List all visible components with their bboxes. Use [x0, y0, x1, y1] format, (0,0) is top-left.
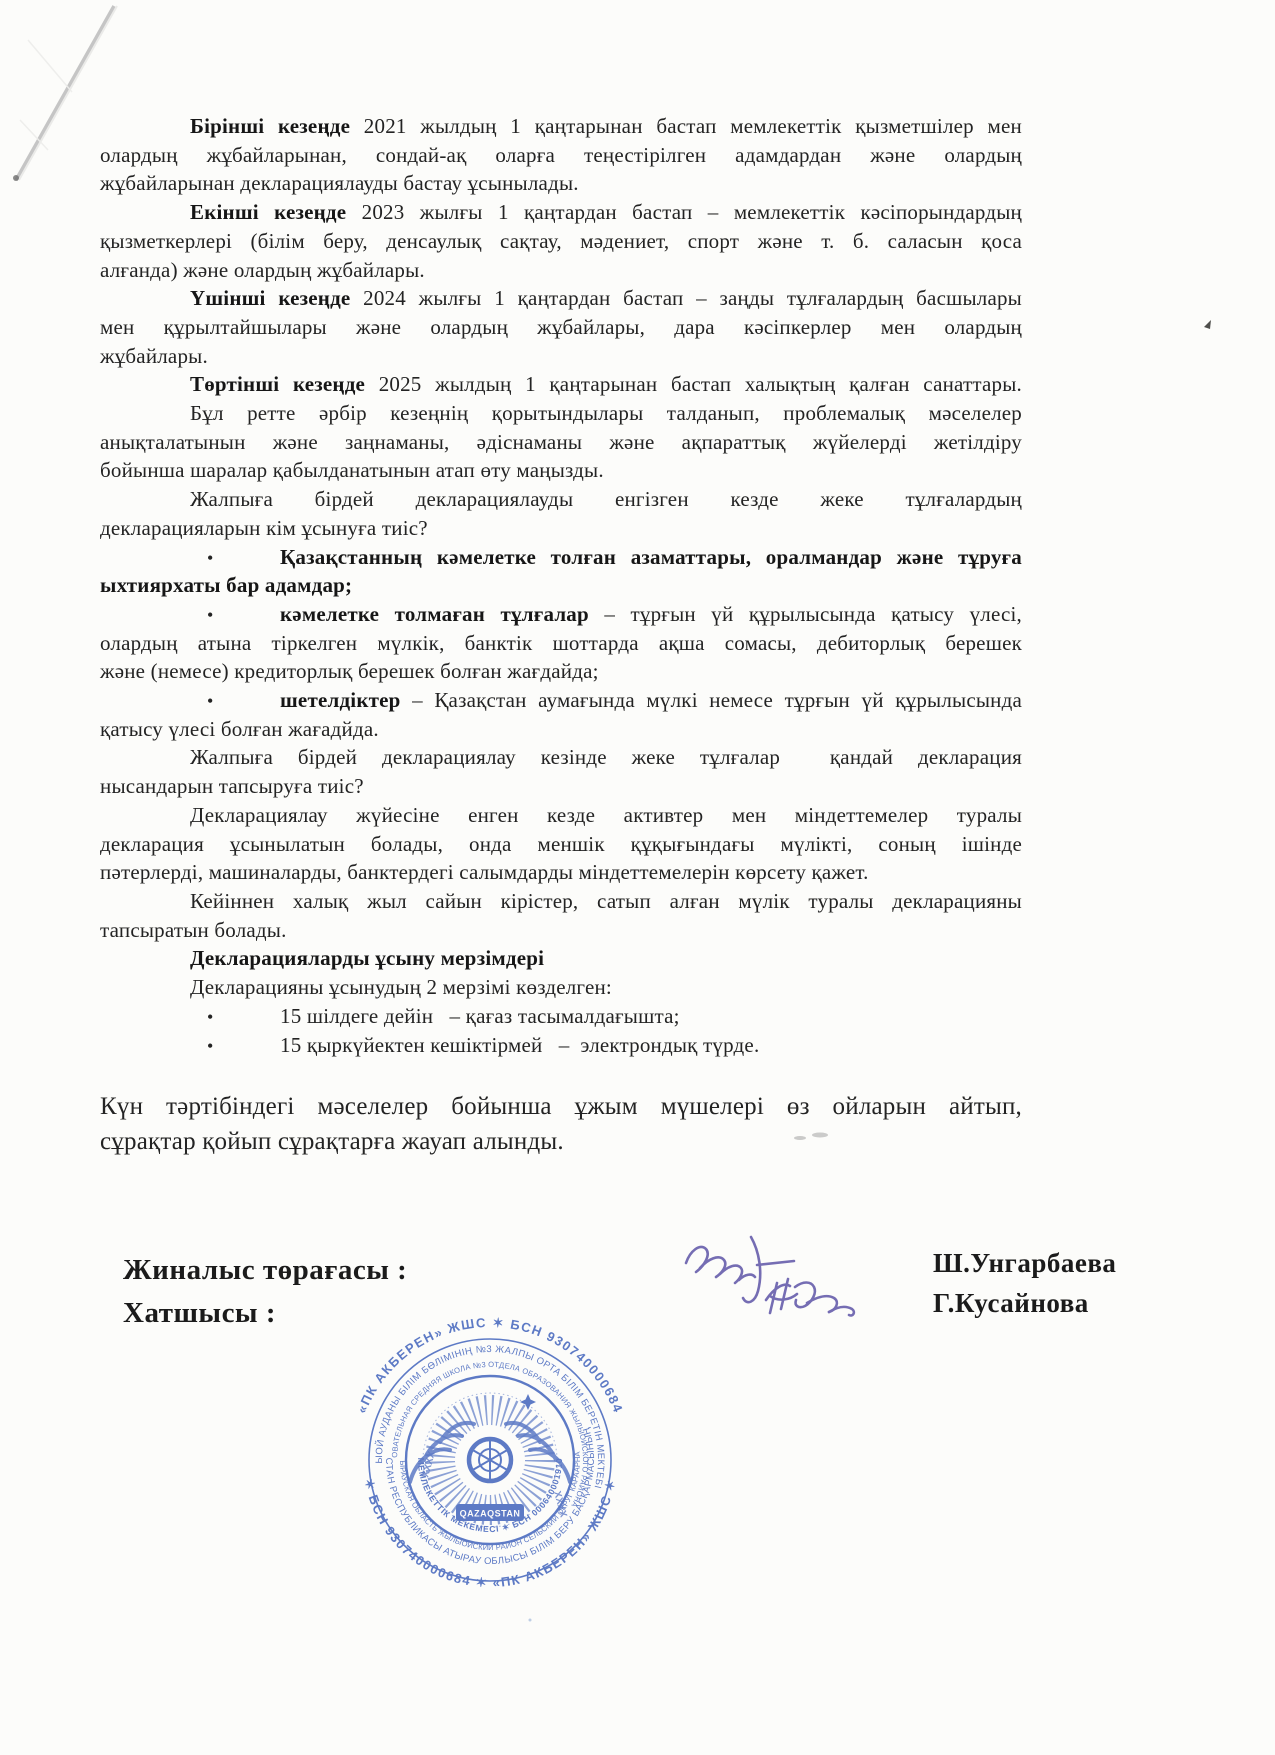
paper-scratch: [20, 40, 72, 150]
bold-text-segment: Декларацияларды ұсыну мерзімдері: [190, 946, 544, 970]
shanyrak-uyk-poles: [473, 1440, 508, 1480]
secretary-name: Г.Кусайнова: [933, 1283, 1116, 1323]
text-line: алғанда) және олардың жұбайлары.: [100, 256, 1022, 285]
text-segment: нысандарын тапсыруға тиіс?: [100, 774, 364, 798]
text-segment: мен құрылтайшылары және олардың жұбайлар…: [100, 315, 1022, 339]
fold-crease-tip: [13, 175, 19, 181]
text-line: Декларацияларды ұсыну мерзімдері: [100, 944, 1022, 973]
bullet-line: •15 шілдеге дейін – қағаз тасымалдағышта…: [100, 1002, 1022, 1031]
text-segment: 2024 жылғы 1 қаңтардан бастап – заңды тұ…: [350, 286, 1022, 310]
bullet-icon: •: [207, 687, 214, 716]
text-segment: алғанда) және олардың жұбайлары.: [100, 258, 425, 282]
paper-speck: [1204, 320, 1211, 329]
text-segment: – Қазақстан аумағында мүлкі немесе тұрғы…: [401, 688, 1022, 712]
text-line: мен құрылтайшылары және олардың жұбайлар…: [100, 313, 1022, 342]
bold-text-segment: кәмелетке толмаған тұлғалар: [280, 602, 589, 626]
bullet-icon: •: [207, 1003, 214, 1032]
text-segment: анықталатынын және заңнаманы, әдіснаманы…: [100, 430, 1022, 454]
bullet-line: •шетелдіктер – Қазақстан аумағында мүлкі…: [100, 686, 1022, 715]
text-segment: 2023 жылғы 1 қаңтардан бастап – мемлекет…: [346, 200, 1022, 224]
banner-text: QAZAQSTAN: [460, 1509, 521, 1519]
text-segment: 15 қыркүйектен кешіктірмей – электрондық…: [280, 1033, 759, 1057]
text-segment: Кейіннен халық жыл сайын кірістер, сатып…: [190, 889, 1022, 913]
stamp-seal: «ПК АКБЕРЕН» ЖШС ✶ БСН 930740000684 ✶ БС…: [340, 1310, 640, 1610]
text-segment: Декларациялау жүйесіне енген кезде актив…: [190, 803, 1022, 827]
text-segment: декларацияларын кім ұсынуға тиіс?: [100, 516, 428, 540]
text-segment: олардың атына тіркелген мүлкік, банктік …: [100, 631, 1022, 655]
bold-text-segment: Бірінші кезеңде: [190, 114, 350, 138]
text-line: жұбайлары.: [100, 342, 1022, 371]
text-segment: Бұл ретте әрбір кезеңнің қорытындылары т…: [190, 401, 1022, 425]
text-segment: 2021 жылдың 1 қаңтарынан бастап мемлекет…: [350, 114, 1022, 138]
bullet-line: •15 қыркүйектен кешіктірмей – электронды…: [100, 1031, 1022, 1060]
scanned-document-page: Бірінші кезеңде 2021 жылдың 1 қаңтарынан…: [0, 0, 1275, 1755]
closing-paragraph: Күн тәртібіндегі мәселелер бойынша ұжым …: [100, 1090, 1022, 1159]
text-line: декларация ұсынылатын болады, онда менші…: [100, 830, 1022, 859]
text-segment: олардың жұбайларынан, сондай-ақ оларға т…: [100, 143, 1022, 167]
signature-names: Ш.Унгарбаева Г.Кусайнова: [933, 1243, 1116, 1323]
text-line: қызметкерлері (білім беру, денсаулық сақ…: [100, 227, 1022, 256]
bullet-line: •кәмелетке толмаған тұлғалар – тұрғын үй…: [100, 600, 1022, 629]
chairman-signature: [686, 1237, 794, 1302]
text-segment: тапсыратын болады.: [100, 918, 287, 942]
text-line: декларацияларын кім ұсынуға тиіс?: [100, 514, 1022, 543]
text-segment: – тұрғын үй құрылысында қатысу үлесі,: [589, 602, 1022, 626]
text-line: жұбайларынан декларациялауды бастау ұсын…: [100, 169, 1022, 198]
bold-text-segment: Төртінші кезеңде: [190, 372, 365, 396]
bold-text-segment: шетелдіктер: [280, 688, 401, 712]
text-segment: қатысу үлесі болған жағадйда.: [100, 717, 379, 741]
text-segment: және (немесе) кредиторлық берешек болған…: [100, 659, 599, 683]
text-line: Жалпыға бірдей декларациялауды енгізген …: [100, 485, 1022, 514]
bullet-icon: •: [207, 601, 214, 630]
bullet-icon: •: [207, 1032, 214, 1061]
text-segment: 2025 жылдың 1 қаңтарынан бастап халықтың…: [365, 372, 1022, 396]
text-segment: жұбайлары.: [100, 344, 208, 368]
text-line: анықталатынын және заңнаманы, әдіснаманы…: [100, 428, 1022, 457]
text-segment: Жалпыға бірдей декларациялау кезінде жек…: [190, 745, 1022, 769]
text-line: олардың атына тіркелген мүлкік, банктік …: [100, 629, 1022, 658]
text-line: олардың жұбайларынан, сондай-ақ оларға т…: [100, 141, 1022, 170]
bullet-line: •Қазақстанның кәмелетке толған азаматтар…: [100, 543, 1022, 572]
text-line: Күн тәртібіндегі мәселелер бойынша ұжым …: [100, 1090, 1022, 1125]
bullet-icon: •: [207, 544, 214, 573]
document-body: Бірінші кезеңде 2021 жылдың 1 қаңтарынан…: [100, 112, 1022, 1059]
text-line: Жалпыға бірдей декларациялау кезінде жек…: [100, 743, 1022, 772]
text-line: Екінші кезеңде 2023 жылғы 1 қаңтардан ба…: [100, 198, 1022, 227]
text-segment: Жалпыға бірдей декларациялауды енгізген …: [190, 487, 1022, 511]
text-segment: декларация ұсынылатын болады, онда менші…: [100, 832, 1022, 856]
text-segment: қызметкерлері (білім беру, денсаулық сақ…: [100, 229, 1022, 253]
text-segment: пәтерлерді, машиналарды, банктердегі сал…: [100, 860, 869, 884]
text-line: нысандарын тапсыруға тиіс?: [100, 772, 1022, 801]
text-line: Декларациялау жүйесіне енген кезде актив…: [100, 801, 1022, 830]
text-line: Үшінші кезеңде 2024 жылғы 1 қаңтардан ба…: [100, 284, 1022, 313]
text-segment: бойынша шаралар қабылданатынын атап өту …: [100, 458, 604, 482]
text-line: және (немесе) кредиторлық берешек болған…: [100, 657, 1022, 686]
text-segment: сұрақтар қойып сұрақтарға жауап алынды.: [100, 1128, 564, 1155]
paper-speck: [529, 1619, 532, 1622]
text-line: Бұл ретте әрбір кезеңнің қорытындылары т…: [100, 399, 1022, 428]
secretary-signature: [766, 1279, 854, 1315]
text-segment: Күн тәртібіндегі мәселелер бойынша ұжым …: [100, 1093, 1022, 1120]
chairman-label: Жиналыс төрағасы :: [123, 1249, 407, 1292]
text-line: қатысу үлесі болған жағадйда.: [100, 715, 1022, 744]
stamp-text-rings: «ПК АКБЕРЕН» ЖШС ✶ БСН 930740000684 ✶ БС…: [340, 1310, 626, 1590]
text-line: пәтерлерді, машиналарды, банктердегі сал…: [100, 858, 1022, 887]
bold-text-segment: Қазақстанның кәмелетке толған азаматтары…: [280, 545, 1022, 569]
text-line: Декларацияны ұсынудың 2 мерзімі көзделге…: [100, 973, 1022, 1002]
text-line: тапсыратын болады.: [100, 916, 1022, 945]
text-line: Төртінші кезеңде 2025 жылдың 1 қаңтарына…: [100, 370, 1022, 399]
bold-text-segment: Екінші кезеңде: [190, 200, 346, 224]
text-line: ыхтиярхаты бар адамдар;: [100, 571, 1022, 600]
text-line: бойынша шаралар қабылданатынын атап өту …: [100, 456, 1022, 485]
bold-text-segment: Үшінші кезеңде: [190, 286, 350, 310]
text-line: сұрақтар қойып сұрақтарға жауап алынды.: [100, 1125, 1022, 1160]
text-segment: Декларацияны ұсынудың 2 мерзімі көзделге…: [190, 975, 612, 999]
text-line: Бірінші кезеңде 2021 жылдың 1 қаңтарынан…: [100, 112, 1022, 141]
chairman-name: Ш.Унгарбаева: [933, 1243, 1116, 1283]
text-line: Кейіннен халық жыл сайын кірістер, сатып…: [100, 887, 1022, 916]
text-segment: жұбайларынан декларациялауды бастау ұсын…: [100, 171, 579, 195]
text-segment: 15 шілдеге дейін – қағаз тасымалдағышта;: [280, 1004, 680, 1028]
bold-text-segment: ыхтиярхаты бар адамдар;: [100, 573, 352, 597]
